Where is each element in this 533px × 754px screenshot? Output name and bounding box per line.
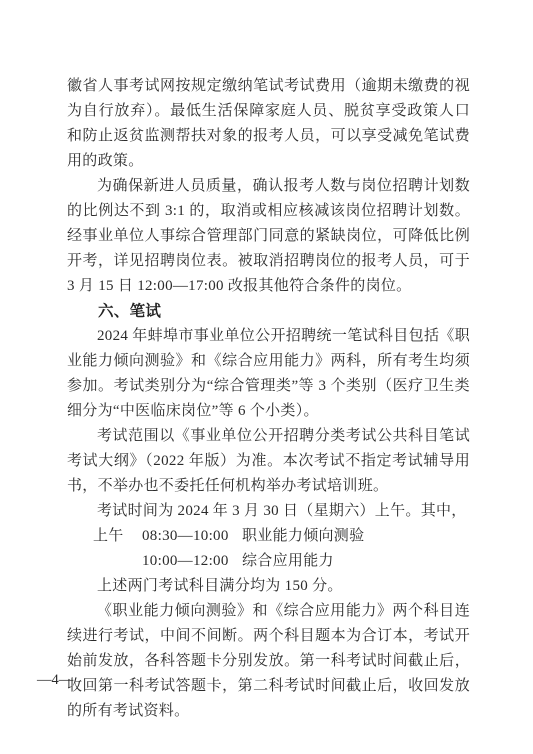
session-label: 上午 — [93, 524, 142, 549]
paragraph-exam-syllabus: 考试范围以《事业单位公开招聘分类考试公共科目笔试考试大纲》（2022 年版）为准… — [67, 424, 470, 499]
paragraph-full-score: 上述两门考试科目满分均为 150 分。 — [67, 574, 470, 599]
schedule-row-morning-first: 上午08:30—10:00职业能力倾向测验 — [67, 524, 470, 549]
exam-schedule: 上午08:30—10:00职业能力倾向测验 10:00—12:00综合应用能力 — [67, 524, 470, 574]
paragraph-ratio-rule: 为确保新进人员质量，确认报考人数与岗位招聘计划数的比例达不到 3:1 的，取消或… — [67, 174, 470, 299]
paragraph-exam-date: 考试时间为 2024 年 3 月 30 日（星期六）上午。其中， — [67, 499, 470, 524]
document-page: 徽省人事考试网按规定缴纳笔试考试费用（逾期未缴费的视为自行放弃）。最低生活保障家… — [0, 0, 533, 754]
section-heading-written-exam: 六、笔试 — [67, 299, 470, 324]
paragraph-exam-procedure: 《职业能力倾向测验》和《综合应用能力》两个科目连续进行考试，中间不间断。两个科目… — [67, 599, 470, 724]
page-number: —4— — [37, 668, 73, 693]
paragraph-fee-payment: 徽省人事考试网按规定缴纳笔试考试费用（逾期未缴费的视为自行放弃）。最低生活保障家… — [67, 74, 470, 174]
document-body: 徽省人事考试网按规定缴纳笔试考试费用（逾期未缴费的视为自行放弃）。最低生活保障家… — [67, 74, 470, 724]
paragraph-exam-subjects: 2024 年蚌埠市事业单位公开招聘统一笔试科目包括《职业能力倾向测验》和《综合应… — [67, 324, 470, 424]
time-range: 08:30—10:00 — [142, 524, 242, 549]
schedule-row-morning-second: 10:00—12:00综合应用能力 — [67, 549, 470, 574]
time-range: 10:00—12:00 — [142, 549, 242, 574]
subject-name: 职业能力倾向测验 — [242, 524, 364, 549]
subject-name: 综合应用能力 — [242, 549, 334, 574]
